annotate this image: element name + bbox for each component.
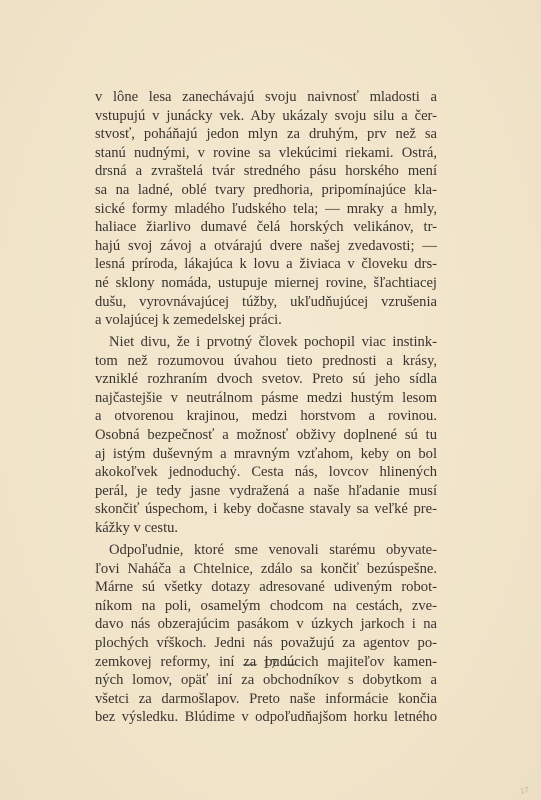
text-line: všetci za darmošlapov. Preto naše inform… — [95, 690, 437, 709]
text-line: sické formy mladého ľudského tela; — mra… — [95, 200, 437, 219]
text-line: haliace žiarlivo dumavé čelá horských ve… — [95, 218, 437, 237]
text-line: tom než rozumovou úvahou tieto prednosti… — [95, 352, 437, 371]
text-line: né sklony nomáda, ustupuje miernej rovin… — [95, 274, 437, 293]
text-line: sa na ladné, oblé tvary predhoria, pripo… — [95, 181, 437, 200]
paragraph-3: Odpoľudnie, ktoré sme venovali starému o… — [95, 541, 437, 727]
text-line: Márne sú všetky dotazy adresované udiven… — [95, 578, 437, 597]
paragraph-1: v lône lesa zanechávajú svoju naivnosť m… — [95, 88, 437, 330]
text-line: stanú nudnými, v rovine sa vlekúcimi rie… — [95, 144, 437, 163]
corner-pencil-mark: 17 — [519, 785, 529, 795]
text-line: skončiť úspechom, i keby dočasne stavaly… — [95, 500, 437, 519]
book-page: v lône lesa zanechávajú svoju naivnosť m… — [0, 0, 541, 800]
text-line: stvosť, poháňajú jedon mlyn za druhým, p… — [95, 125, 437, 144]
text-line: bez výsledku. Blúdime v odpoľudňajšom ho… — [95, 708, 437, 727]
text-line: kážky v cestu. — [95, 519, 437, 538]
text-line: ľovi Naháča a Chtelnice, zdálo sa končiť… — [95, 560, 437, 579]
text-line: davo nás obzerajúcim pasákom v úzkych ja… — [95, 615, 437, 634]
text-line: Osobná bezpečnosť a možnosť obživy dopln… — [95, 426, 437, 445]
paragraph-2: Niet divu, že i prvotný človek pochopil … — [95, 333, 437, 538]
text-line: ných lomov, opäť iní za obchodníkov s do… — [95, 671, 437, 690]
text-line: vzniklé rozhraním dvoch svetov. Preto sú… — [95, 370, 437, 389]
text-line: v lône lesa zanechávajú svoju naivnosť m… — [95, 88, 437, 107]
text-line: akokoľvek jednoduchý. Cesta nás, lovcov … — [95, 463, 437, 482]
text-line: aj istým duševným a mravným vzťahom, keb… — [95, 445, 437, 464]
body-text: v lône lesa zanechávajú svoju naivnosť m… — [95, 88, 437, 727]
text-line: a volajúcej k zemedelskej práci. — [95, 311, 437, 330]
text-line: lesná príroda, lákajúca k lovu a živiaca… — [95, 255, 437, 274]
text-line: plochých vŕškoch. Jedni nás považujú za … — [95, 634, 437, 653]
page-number: — 17 — — [0, 657, 541, 673]
text-line: perál, je tedy jasne vydražená a naše hľ… — [95, 482, 437, 501]
text-line: níkom na poli, osamelým chodcom na cestá… — [95, 597, 437, 616]
text-line: drsná a zvraštelá tvár stredného pásu ho… — [95, 162, 437, 181]
text-line: vstupujú v junácky vek. Aby ukázaly svoj… — [95, 107, 437, 126]
text-line: hajú svoj závoj a otvárajú dvere našej z… — [95, 237, 437, 256]
text-line: dušu, vyrovnávajúcej túžby, ukľudňujúcej… — [95, 293, 437, 312]
text-line: Niet divu, že i prvotný človek pochopil … — [95, 333, 437, 352]
text-line: najčastejšie v neutrálnom pásme medzi hu… — [95, 389, 437, 408]
text-line: a otvorenou krajinou, medzi horstvom a r… — [95, 407, 437, 426]
text-line: Odpoľudnie, ktoré sme venovali starému o… — [95, 541, 437, 560]
